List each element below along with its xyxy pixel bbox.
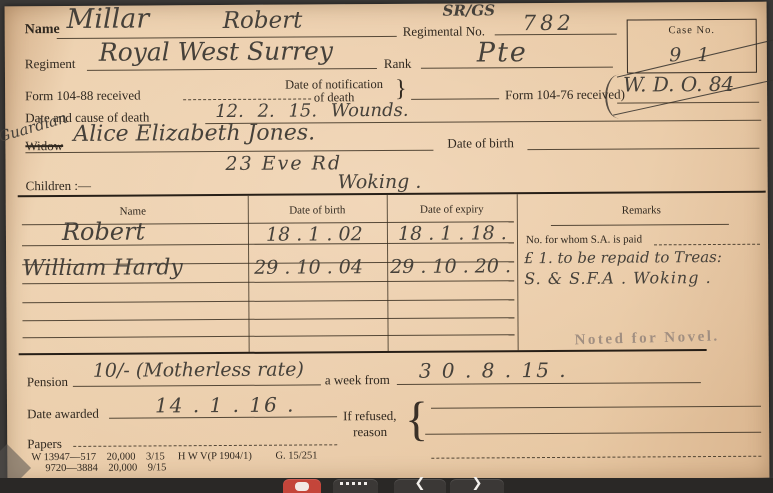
child-row-dob: 29 . 10 . 04 — [254, 256, 363, 279]
case-no-box: Case No. 9 1 — [627, 19, 757, 74]
child-row-name: William Hardy — [22, 255, 183, 281]
imprint-line2: 9720—3884 20,000 9/15 — [45, 462, 166, 474]
record-card: Name Millar Robert SR/GS Regimental No. … — [5, 2, 770, 483]
child-row-name: Robert — [62, 217, 145, 246]
red-action-icon — [295, 482, 309, 491]
table-ruled-line — [22, 319, 514, 338]
date-awarded-label: Date awarded — [27, 406, 99, 422]
regiment-handwriting: Royal West Surrey — [99, 36, 333, 66]
child-row-expiry: 18 . 1 . 18 . — [398, 222, 507, 245]
death-handwriting: 12. 2. 15. Wounds. — [215, 100, 408, 122]
keyboard-button[interactable] — [333, 479, 378, 493]
remarks-handwriting-line2: S. & S.F.A . Woking . — [524, 268, 712, 288]
chevron-right-icon: ❯ — [450, 479, 504, 489]
form-104-88-label: Form 104-88 received — [25, 88, 141, 105]
if-refused-label-line1: If refused, — [343, 408, 397, 424]
if-refused-label-line2: reason — [353, 424, 387, 440]
notification-blank — [411, 84, 499, 100]
table-ruled-line — [22, 302, 514, 321]
pension-label: Pension — [27, 374, 68, 390]
table-ruled-line — [22, 284, 514, 303]
address-line1-handwriting: 23 Eve Rd — [225, 152, 342, 175]
remarks-handwriting-line1: £ 1. to be repaid to Treas: — [524, 248, 722, 267]
srgs-annotation: SR/GS — [443, 1, 496, 19]
sa-paid-label: No. for whom S.A. is paid — [526, 233, 642, 246]
child-row-expiry: 29 . 10 . 20 . — [390, 255, 511, 278]
refused-line — [425, 418, 761, 435]
viewer-toolbar: ❮ ❯ — [0, 478, 773, 493]
date-of-birth-label: Date of birth — [447, 135, 514, 151]
regimental-no-handwriting: 782 — [523, 11, 575, 35]
surname-handwriting: Millar — [67, 3, 150, 35]
week-from-handwriting: 3 0 . 8 . 15 . — [419, 358, 568, 383]
address-line2-handwriting: Woking . — [338, 171, 422, 194]
remarks-header-rule — [551, 209, 729, 226]
chevron-left-icon: ❮ — [394, 479, 446, 489]
case-no-label: Case No. — [628, 25, 756, 37]
imprint-line1: W 13947—517 20,000 3/15 H W V(P 1904/1) … — [31, 450, 317, 463]
forename-handwriting: Robert — [223, 8, 303, 34]
table-vertical-rule — [517, 194, 519, 350]
table-bottom-rule — [19, 349, 707, 355]
papers-blank — [73, 430, 337, 447]
keyboard-icon — [340, 482, 370, 485]
red-action-button[interactable] — [283, 479, 321, 493]
rank-label: Rank — [384, 56, 412, 72]
next-button[interactable]: ❯ — [450, 479, 504, 493]
papers-label: Papers — [27, 436, 62, 452]
child-row-dob: 18 . 1 . 02 — [266, 223, 363, 246]
rank-handwriting: Pte — [477, 37, 528, 68]
previous-button[interactable]: ❮ — [394, 479, 446, 493]
brace-glyph: } — [395, 76, 407, 103]
wdo-handwriting: W. D. O. 84 — [623, 72, 734, 97]
regiment-label: Regiment — [25, 56, 76, 72]
noted-for-novel-stamp: Noted for Novel. — [574, 328, 720, 349]
week-from-label: a week from — [325, 372, 390, 388]
regimental-no-label: Regimental No. — [403, 23, 485, 40]
refused-line — [431, 442, 761, 459]
refused-line — [431, 392, 761, 409]
date-awarded-handwriting: 14 . 1 . 16 . — [155, 393, 296, 418]
widow-name-handwriting: Alice Elizabeth Jones. — [73, 120, 315, 146]
sa-paid-blank — [654, 231, 760, 246]
date-of-birth-blank — [527, 130, 759, 150]
children-label: Children :— — [26, 178, 91, 194]
name-label: Name — [25, 22, 60, 38]
pension-handwriting: 10/- (Motherless rate) — [93, 359, 304, 382]
form-104-76-label: Form 104-76 received) — [505, 87, 625, 104]
